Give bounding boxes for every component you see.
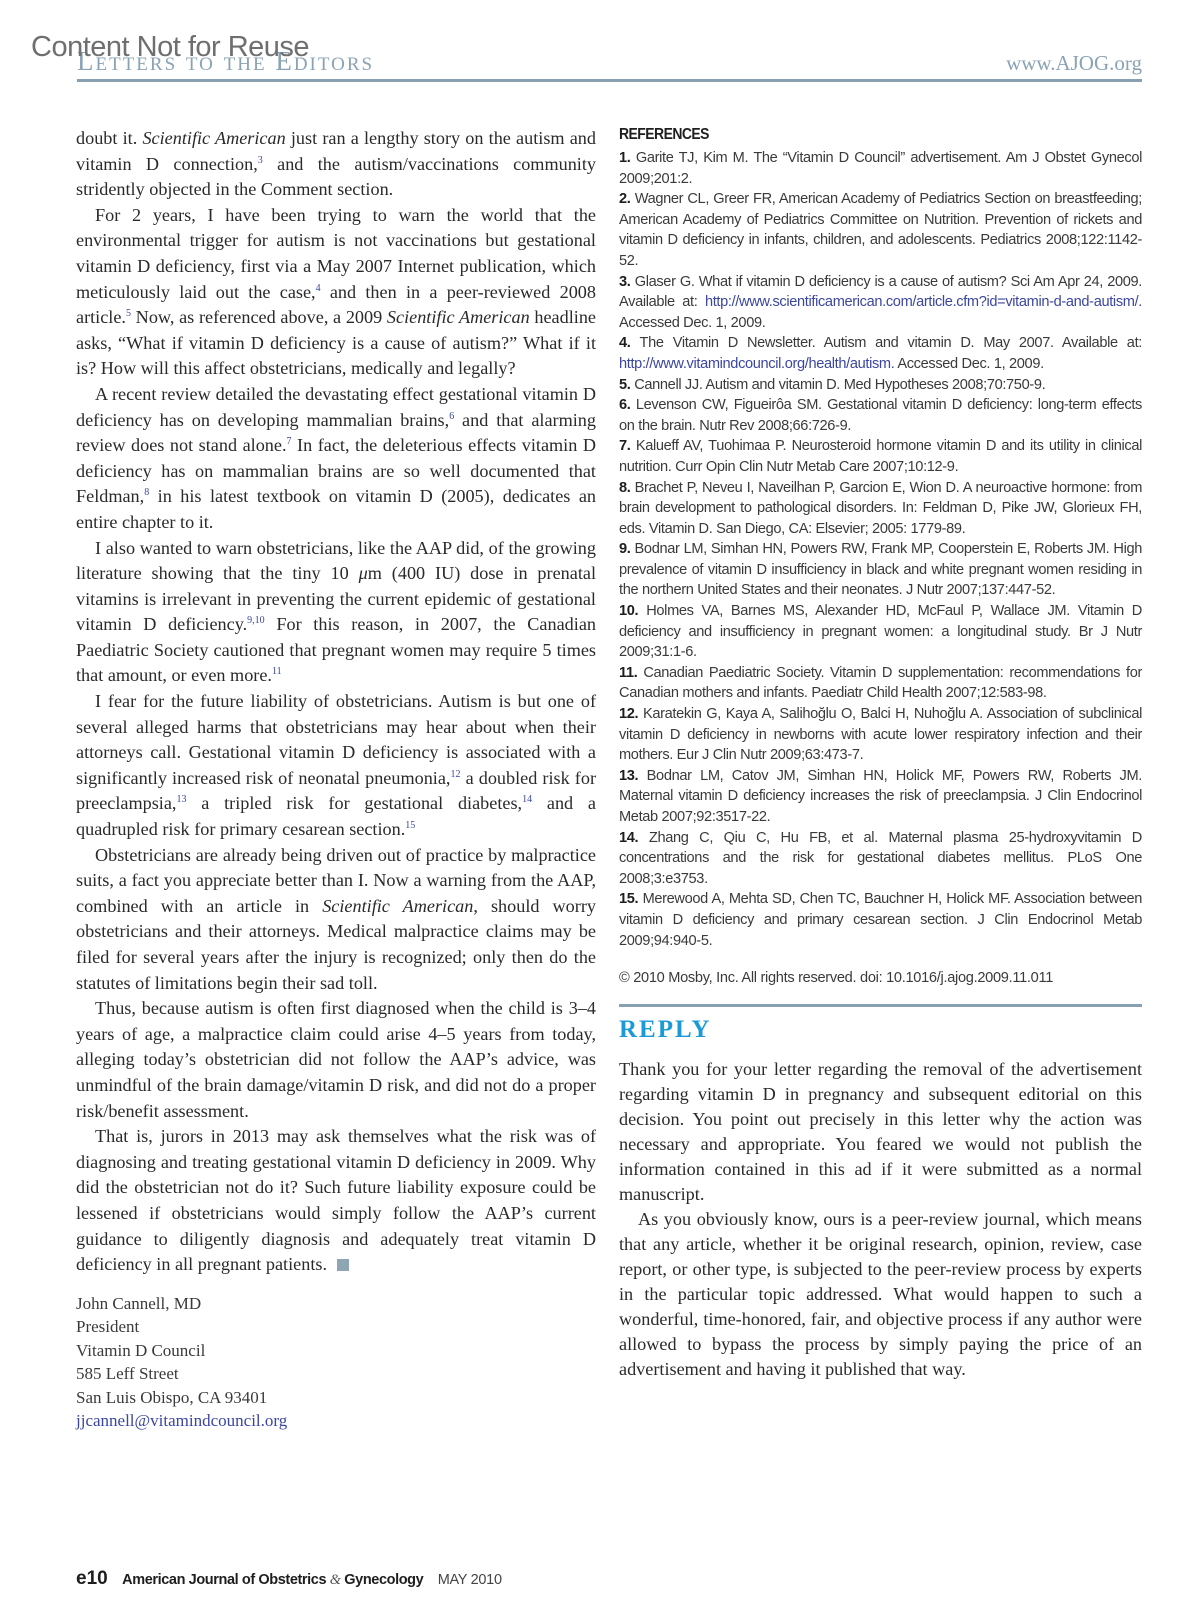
page-number: e10 — [76, 1568, 108, 1589]
author-street: 585 Leff Street — [76, 1362, 596, 1386]
italic-text: Scientific American — [387, 307, 530, 327]
reply-paragraph: As you obviously know, ours is a peer-re… — [619, 1207, 1142, 1382]
watermark: Content Not for Reuse — [31, 33, 309, 62]
issue-date: MAY 2010 — [438, 1572, 502, 1588]
letter-paragraph: Thus, because autism is often first diag… — [76, 996, 596, 1124]
letter-paragraph: That is, jurors in 2013 may ask themselv… — [76, 1124, 596, 1278]
reference-number: 11. — [619, 665, 643, 681]
letter-column: doubt it. Scientific American just ran a… — [76, 126, 596, 1433]
reference-item: 12. Karatekin G, Kaya A, Salihoğlu O, Ba… — [619, 704, 1142, 766]
reference-item: 4. The Vitamin D Newsletter. Autism and … — [619, 333, 1142, 374]
right-column: REFERENCES 1. Garite TJ, Kim M. The “Vit… — [619, 126, 1142, 1382]
citation-superscript[interactable]: 4 — [316, 283, 321, 294]
author-email-link[interactable]: jjcannell@vitamindcouncil.org — [76, 1409, 596, 1433]
reference-item: 6. Levenson CW, Figueirôa SM. Gestationa… — [619, 395, 1142, 436]
reference-item: 2. Wagner CL, Greer FR, American Academy… — [619, 189, 1142, 271]
reference-number: 12. — [619, 706, 643, 722]
reference-item: 10. Holmes VA, Barnes MS, Alexander HD, … — [619, 601, 1142, 663]
copyright-notice: © 2010 Mosby, Inc. All rights reserved. … — [619, 970, 1142, 986]
reference-number: 1. — [619, 150, 636, 166]
letter-paragraph: For 2 years, I have been trying to warn … — [76, 203, 596, 382]
ampersand: & — [330, 1572, 341, 1588]
author-organization: Vitamin D Council — [76, 1339, 596, 1363]
header-rule — [77, 79, 1142, 82]
reference-item: 7. Kalueff AV, Tuohimaa P. Neurosteroid … — [619, 436, 1142, 477]
letter-paragraph: I fear for the future liability of obste… — [76, 689, 596, 843]
reference-number: 14. — [619, 830, 649, 846]
references-heading: REFERENCES — [619, 126, 1090, 144]
reference-item: 1. Garite TJ, Kim M. The “Vitamin D Coun… — [619, 148, 1142, 189]
reference-item: 14. Zhang C, Qiu C, Hu FB, et al. Matern… — [619, 828, 1142, 890]
letter-paragraph: Obstetricians are already being driven o… — [76, 843, 596, 997]
reply-paragraph: Thank you for your letter regarding the … — [619, 1057, 1142, 1207]
journal-name-part2: Gynecology — [344, 1572, 423, 1588]
italic-text: Scientific American — [142, 128, 285, 148]
citation-superscript[interactable]: 6 — [449, 411, 454, 422]
citation-superscript[interactable]: 11 — [272, 666, 282, 677]
reply-body: Thank you for your letter regarding the … — [619, 1057, 1142, 1382]
reference-item: 3. Glaser G. What if vitamin D deficienc… — [619, 272, 1142, 334]
citation-superscript[interactable]: 3 — [258, 155, 263, 166]
reference-number: 2. — [619, 191, 635, 207]
journal-url[interactable]: www.AJOG.org — [1006, 51, 1142, 76]
references-list: 1. Garite TJ, Kim M. The “Vitamin D Coun… — [619, 148, 1142, 951]
author-title: President — [76, 1315, 596, 1339]
reference-number: 13. — [619, 768, 647, 784]
reply-rule — [619, 1004, 1142, 1007]
signature-block: John Cannell, MD President Vitamin D Cou… — [76, 1292, 596, 1433]
reference-number: 9. — [619, 541, 635, 557]
reference-number: 15. — [619, 891, 643, 907]
letter-body: doubt it. Scientific American just ran a… — [76, 126, 596, 1278]
reference-url-link[interactable]: http://www.vitamindcouncil.org/health/au… — [619, 356, 894, 372]
citation-superscript[interactable]: 8 — [144, 487, 149, 498]
reference-number: 4. — [619, 335, 640, 351]
page-footer: e10 American Journal of Obstetrics & Gyn… — [76, 1568, 502, 1590]
reference-item: 8. Brachet P, Neveu I, Naveilhan P, Garc… — [619, 478, 1142, 540]
reference-item: 9. Bodnar LM, Simhan HN, Powers RW, Fran… — [619, 539, 1142, 601]
reply-heading: REPLY — [619, 1015, 1142, 1045]
reference-item: 13. Bodnar LM, Catov JM, Simhan HN, Holi… — [619, 766, 1142, 828]
citation-superscript[interactable]: 14 — [522, 794, 532, 805]
citation-superscript[interactable]: 12 — [450, 769, 460, 780]
journal-name-part1: American Journal of Obstetrics — [122, 1572, 326, 1588]
citation-superscript[interactable]: 5 — [126, 308, 131, 319]
author-city: San Luis Obispo, CA 93401 — [76, 1386, 596, 1410]
reference-number: 10. — [619, 603, 646, 619]
reference-number: 3. — [619, 274, 635, 290]
italic-text: Scientific American — [322, 896, 473, 916]
reference-number: 6. — [619, 397, 636, 413]
citation-superscript[interactable]: 7 — [287, 436, 292, 447]
end-of-article-icon — [337, 1259, 349, 1271]
citation-superscript[interactable]: 13 — [176, 794, 186, 805]
reference-item: 15. Merewood A, Mehta SD, Chen TC, Bauch… — [619, 889, 1142, 951]
citation-superscript[interactable]: 15 — [405, 820, 415, 831]
reference-number: 5. — [619, 377, 634, 393]
citation-superscript[interactable]: 9,10 — [247, 615, 265, 626]
letter-paragraph: A recent review detailed the devastating… — [76, 382, 596, 536]
reference-item: 5. Cannell JJ. Autism and vitamin D. Med… — [619, 375, 1142, 396]
reference-number: 8. — [619, 480, 635, 496]
italic-text: μ — [359, 563, 368, 583]
author-name: John Cannell, MD — [76, 1292, 596, 1316]
reference-number: 7. — [619, 438, 636, 454]
reference-item: 11. Canadian Paediatric Society. Vitamin… — [619, 663, 1142, 704]
letter-paragraph: I also wanted to warn obstetricians, lik… — [76, 536, 596, 690]
journal-name: American Journal of Obstetrics & Gynecol… — [122, 1572, 423, 1588]
reference-url-link[interactable]: http://www.scientificamerican.com/articl… — [705, 294, 1142, 310]
letter-paragraph: doubt it. Scientific American just ran a… — [76, 126, 596, 203]
